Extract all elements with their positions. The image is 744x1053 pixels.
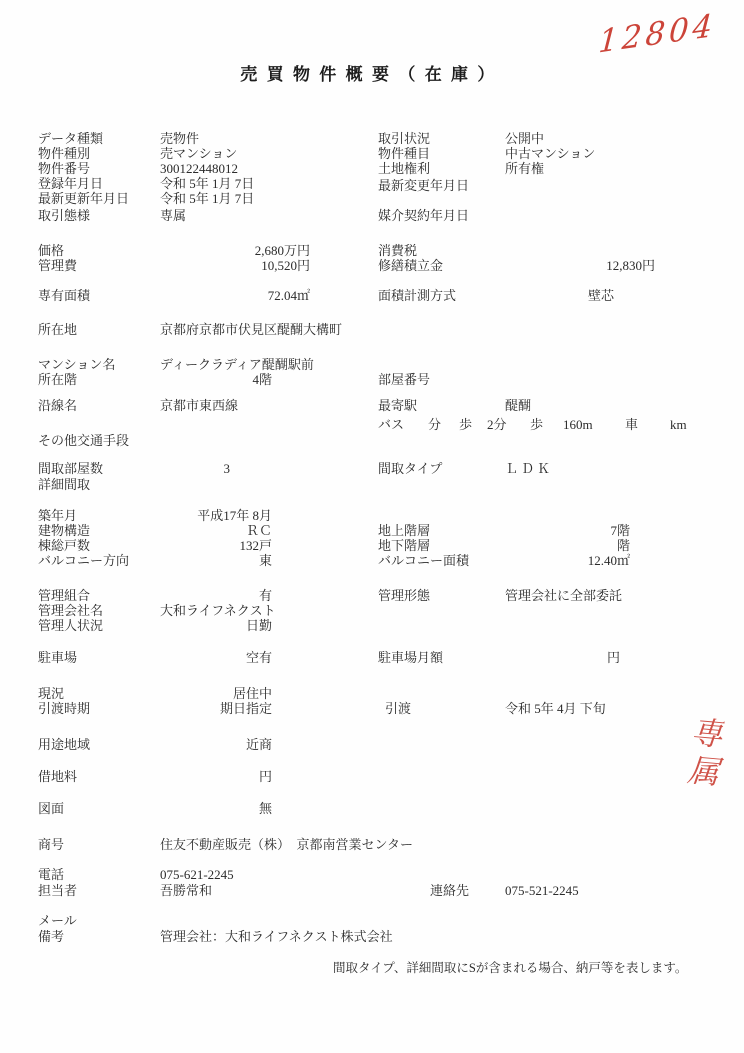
land-rights-label: 土地権利 — [378, 161, 430, 176]
nearest-station-label: 最寄駅 — [378, 398, 417, 413]
remarks-label: 備考 — [38, 929, 64, 944]
transport-car-label: 車 — [625, 417, 638, 432]
management-style-label: 管理形態 — [378, 588, 430, 603]
brokerage-contract-date-label: 媒介契約年月日 — [378, 208, 469, 223]
transaction-status-label: 取引状況 — [378, 131, 430, 146]
registration-date-label: 登録年月日 — [38, 176, 103, 191]
current-state-label: 現況 — [38, 686, 64, 701]
rail-line-value: 京都市東西線 — [160, 398, 238, 413]
management-assoc-value: 有 — [160, 588, 272, 603]
data-kind-value: 売物件 — [160, 131, 199, 146]
handover-value: 令和 5年 4月 下旬 — [505, 701, 606, 716]
manager-status-label: 管理人状況 — [38, 618, 103, 633]
management-company-value: 大和ライフネクスト — [160, 603, 276, 618]
building-name-value: ディークラディア醍醐駅前 — [160, 357, 314, 372]
registration-date-value: 令和 5年 1月 7日 — [160, 176, 254, 191]
location-label: 所在地 — [38, 322, 77, 337]
management-company-label: 管理会社名 — [38, 603, 103, 618]
repair-reserve-value: 12,830円 — [520, 258, 655, 273]
layout-detail-label: 詳細間取 — [38, 477, 90, 492]
floor-value: 4階 — [160, 372, 272, 387]
total-units-label: 棟総戸数 — [38, 538, 90, 553]
property-number-value: 300122448012 — [160, 161, 238, 176]
management-assoc-label: 管理組合 — [38, 588, 90, 603]
transport-bus-unit: 分 — [428, 417, 441, 432]
handwritten-stamp: 専属 — [677, 714, 729, 794]
transaction-mode-value: 専属 — [160, 208, 186, 223]
management-fee-value: 10,520円 — [160, 258, 310, 273]
floors-above-value: 7階 — [520, 523, 630, 538]
repair-reserve-label: 修繕積立金 — [378, 258, 443, 273]
exclusive-area-label: 専有面積 — [38, 288, 90, 303]
structure-label: 建物構造 — [38, 523, 90, 538]
property-number-label: 物件番号 — [38, 161, 90, 176]
property-type-label: 物件種目 — [378, 146, 430, 161]
manager-status-value: 日勤 — [160, 618, 272, 633]
building-name-label: マンション名 — [38, 357, 115, 372]
company-value: 住友不動産販売（株） 京都南営業センター — [160, 837, 413, 852]
property-type-value: 中古マンション — [505, 146, 595, 161]
parking-value: 空有 — [160, 650, 272, 665]
handover-timing-label: 引渡時期 — [38, 701, 90, 716]
scanned-property-summary-document: 売買物件概要（在庫） 12804 データ種類 売物件 取引状況 公開中 物件種別… — [0, 0, 744, 1053]
last-update-date-value: 令和 5年 1月 7日 — [160, 191, 254, 206]
structure-value: ＲＣ — [160, 523, 272, 538]
other-transport-label: その他交通手段 — [38, 433, 129, 448]
page-title: 売買物件概要（在庫） — [0, 60, 744, 85]
balcony-area-value: 12.40㎡ — [520, 553, 630, 568]
contact-person-label: 担当者 — [38, 883, 77, 898]
balcony-area-label: バルコニー面積 — [378, 553, 469, 568]
drawing-value: 無 — [160, 801, 272, 816]
room-count-value: 3 — [160, 461, 230, 476]
price-value: 2,680万円 — [160, 243, 310, 258]
area-measurement-label: 面積計測方式 — [378, 288, 456, 303]
layout-type-label: 間取タイプ — [378, 461, 442, 476]
last-change-date-label: 最新変更年月日 — [378, 178, 469, 193]
land-lease-fee-label: 借地料 — [38, 769, 77, 784]
nearest-station-value: 醍醐 — [505, 398, 531, 413]
area-measurement-value: 壁芯 — [588, 288, 614, 303]
balcony-direction-value: 東 — [160, 553, 272, 568]
contact-person-value: 吾勝常和 — [160, 883, 212, 898]
zoning-value: 近商 — [160, 737, 272, 752]
room-number-label: 部屋番号 — [378, 372, 430, 387]
data-kind-label: データ種類 — [38, 131, 103, 146]
floors-above-label: 地上階層 — [378, 523, 430, 538]
exclusive-area-value: 72.04㎡ — [160, 288, 310, 303]
transport-walk1-label: 歩 — [459, 417, 472, 432]
rail-line-label: 沿線名 — [38, 398, 77, 413]
phone-value: 075-621-2245 — [160, 867, 234, 882]
parking-fee-label: 駐車場月額 — [378, 650, 443, 665]
transport-walk2-label: 歩 — [530, 417, 543, 432]
built-date-label: 築年月 — [38, 508, 77, 523]
parking-label: 駐車場 — [38, 650, 77, 665]
property-category-value: 売マンション — [160, 146, 237, 161]
remarks-value: 管理会社：大和ライフネクスト株式会社 — [160, 929, 393, 944]
price-label: 価格 — [38, 243, 64, 258]
management-fee-label: 管理費 — [38, 258, 77, 273]
transport-bus-label: バス — [378, 417, 404, 432]
total-units-value: 132戸 — [160, 538, 272, 553]
zoning-label: 用途地域 — [38, 737, 90, 752]
built-date-value: 平成17年 8月 — [160, 508, 272, 523]
land-lease-fee-value: 円 — [160, 769, 272, 784]
property-category-label: 物件種別 — [38, 146, 90, 161]
land-rights-value: 所有権 — [505, 161, 544, 176]
contact-number-value: 075-521-2245 — [505, 883, 579, 898]
footer-note: 間取タイプ、詳細間取にSが含まれる場合、納戸等を表します。 — [333, 958, 687, 976]
floors-below-label: 地下階層 — [378, 538, 430, 553]
contact-number-label: 連絡先 — [430, 883, 469, 898]
transport-walk2-value: 160m — [563, 417, 593, 432]
layout-type-value: ＬＤＫ — [505, 461, 553, 476]
parking-fee-value: 円 — [520, 650, 620, 665]
handover-label: 引渡 — [385, 701, 411, 716]
room-count-label: 間取部屋数 — [38, 461, 103, 476]
floor-label: 所在階 — [38, 372, 77, 387]
last-update-date-label: 最新更新年月日 — [38, 191, 129, 206]
transport-car-unit: km — [670, 417, 687, 432]
balcony-direction-label: バルコニー方向 — [38, 553, 129, 568]
handwritten-number: 12804 — [597, 7, 717, 60]
location-value: 京都府京都市伏見区醍醐大構町 — [160, 322, 342, 337]
company-label: 商号 — [38, 837, 64, 852]
transport-walk1-value: 2分 — [487, 417, 507, 432]
transaction-status-value: 公開中 — [505, 131, 544, 146]
consumption-tax-label: 消費税 — [378, 243, 417, 258]
transaction-mode-label: 取引態様 — [38, 208, 90, 223]
current-state-value: 居住中 — [160, 686, 272, 701]
management-style-value: 管理会社に全部委託 — [505, 588, 622, 603]
email-label: メール — [38, 913, 77, 928]
handover-timing-value: 期日指定 — [160, 701, 272, 716]
drawing-label: 図面 — [38, 801, 64, 816]
phone-label: 電話 — [38, 867, 64, 882]
floors-below-value: 階 — [520, 538, 630, 553]
